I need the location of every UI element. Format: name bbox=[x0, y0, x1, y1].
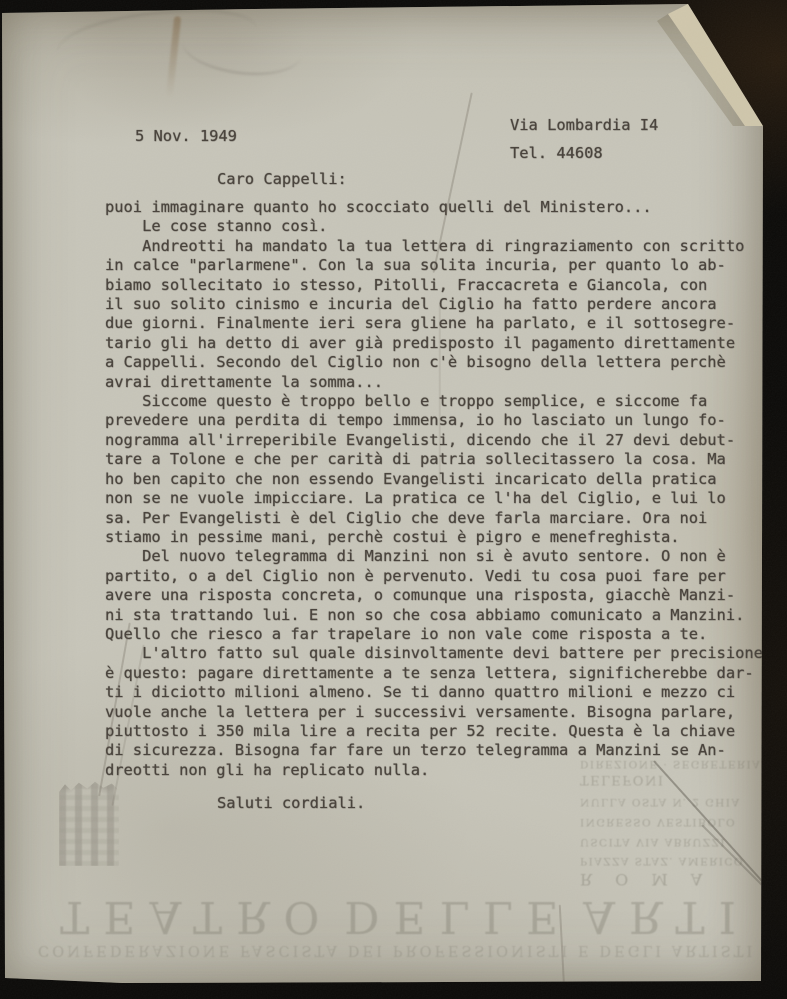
sender-address-line: Via Lombardia I4 bbox=[510, 116, 658, 135]
bleed-line: R O M A bbox=[580, 873, 758, 886]
letterhead-word: ARTI bbox=[583, 891, 750, 942]
bleed-line: INGRESSO VESTIBOLO bbox=[580, 815, 758, 828]
letter-body: puoi immaginare quanto ho scocciato quel… bbox=[105, 198, 772, 780]
faded-stamp bbox=[59, 780, 119, 866]
letterhead-word: DELLE bbox=[344, 891, 572, 942]
salutation: Caro Cappelli: bbox=[217, 170, 347, 189]
crease-mark bbox=[439, 305, 441, 485]
bleed-line: DIREZIONE · SEGRETERIA bbox=[580, 757, 758, 770]
letter-page: 5 Nov. 1949 Via Lombardia I4 Tel. 44608 … bbox=[2, 4, 765, 985]
letter-date: 5 Nov. 1949 bbox=[135, 127, 237, 146]
pencil-scribble bbox=[179, 15, 304, 81]
letterhead-word: TEATRO bbox=[60, 891, 333, 942]
bleedthrough-letterhead-subtitle: CONFEDERAZIONE FASCISTA DEI PROFESSIONIS… bbox=[38, 942, 750, 958]
scan-background: { "colors": { "paper": "#c7c5b9", "ink":… bbox=[0, 0, 787, 999]
bleedthrough-letterhead-title: TEATRO DELLE ARTI bbox=[60, 893, 750, 939]
bleed-line: NULLA OSTA N. 2 GHIA bbox=[580, 795, 758, 808]
sender-phone-line: Tel. 44608 bbox=[510, 144, 603, 163]
closing-salute: Saluti cordiali. bbox=[217, 794, 365, 813]
